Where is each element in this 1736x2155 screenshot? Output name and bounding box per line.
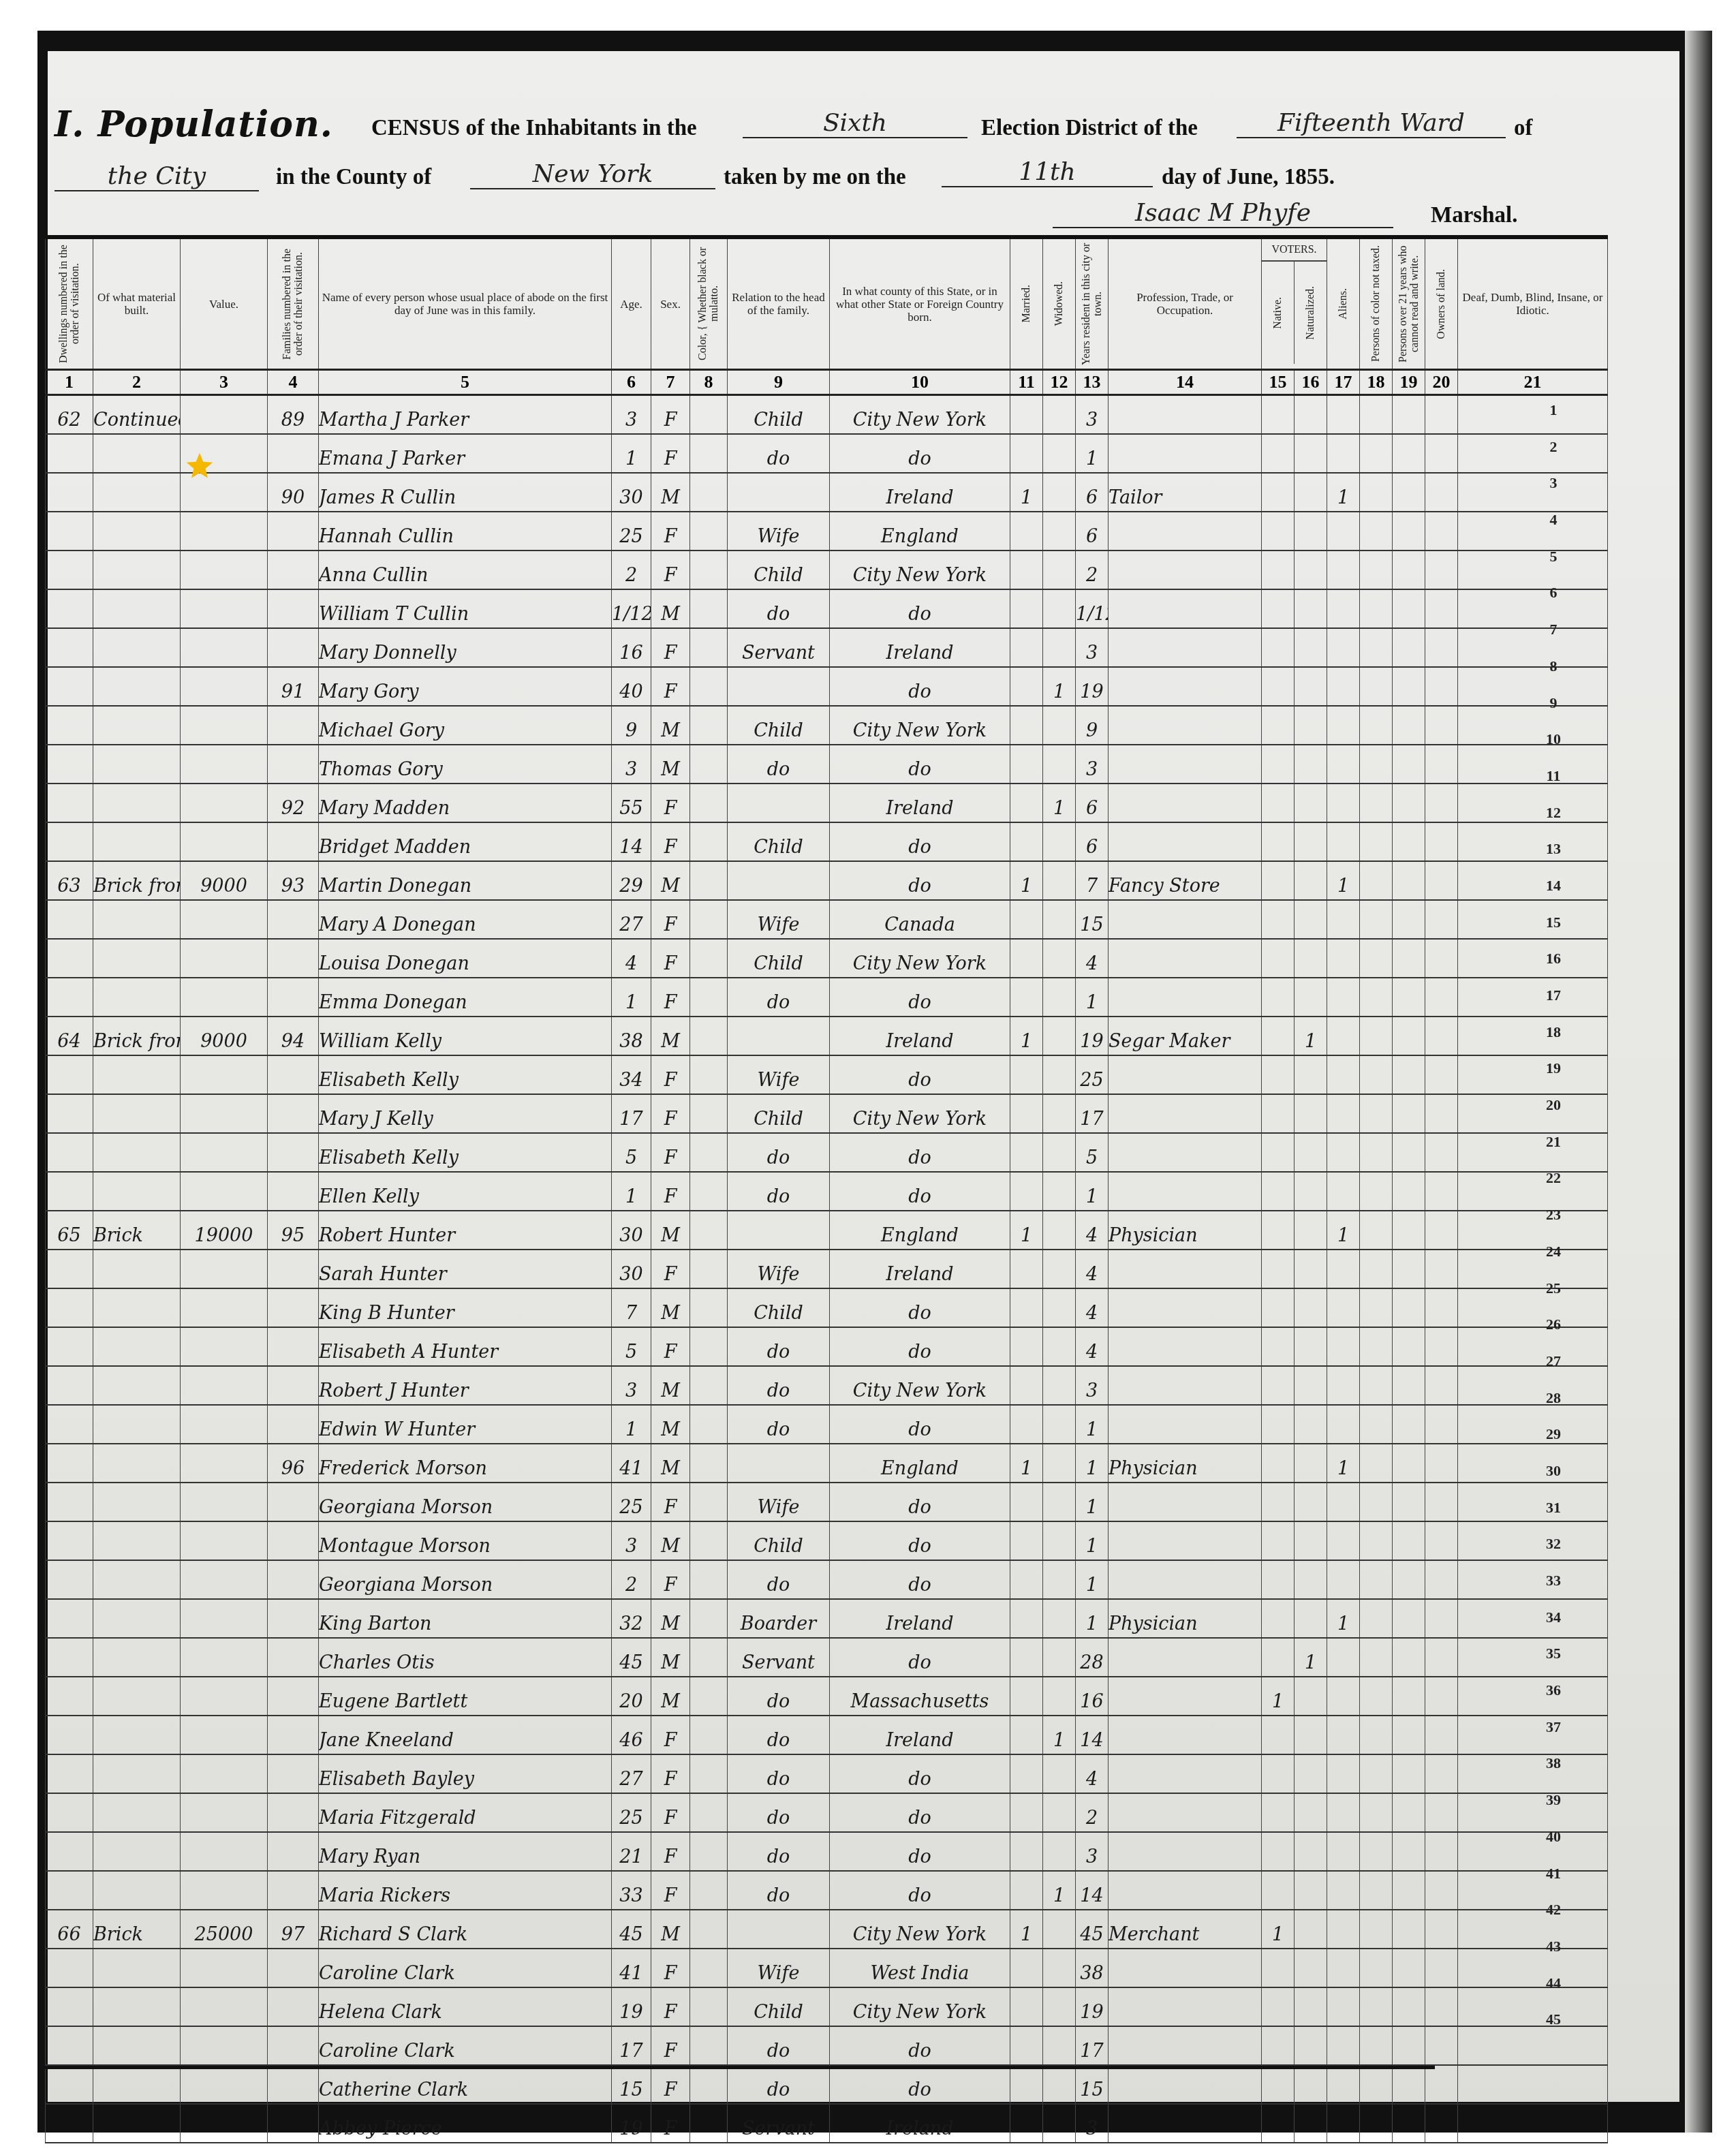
cell-birthplace: City New York bbox=[830, 1987, 1010, 2026]
cell-birthplace: England bbox=[830, 1211, 1010, 1250]
cell-value bbox=[181, 745, 268, 784]
cell-native bbox=[1262, 1754, 1295, 1793]
cell-name: Mary Madden bbox=[319, 784, 612, 822]
cell-value: 25000 bbox=[181, 1910, 268, 1949]
col-num: 1 bbox=[46, 370, 93, 395]
line-number: 31 bbox=[1533, 1489, 1574, 1526]
cell-name: Elisabeth A Hunter bbox=[319, 1327, 612, 1366]
cell-widowed bbox=[1043, 2026, 1076, 2065]
cell-family bbox=[268, 1599, 319, 1638]
table-row: 92Mary Madden55FIreland16 bbox=[46, 784, 1608, 822]
cell-married bbox=[1010, 1832, 1043, 1871]
cell-married bbox=[1010, 822, 1043, 861]
cell-family bbox=[268, 1832, 319, 1871]
cell-dwelling bbox=[46, 628, 93, 667]
cell-native bbox=[1262, 745, 1295, 784]
cell-name: Ellen Kelly bbox=[319, 1172, 612, 1211]
cell-illiterate bbox=[1393, 551, 1425, 589]
cell-land-owner bbox=[1425, 1211, 1458, 1250]
cell-widowed: 1 bbox=[1043, 1716, 1076, 1754]
cell-occupation bbox=[1109, 395, 1262, 435]
col-header-color: Color, { Whether black or mulatto. bbox=[690, 237, 728, 370]
line-number: 16 bbox=[1533, 940, 1574, 977]
cell-relation: Child bbox=[728, 1094, 830, 1133]
cell-birthplace: West India bbox=[830, 1949, 1010, 1987]
cell-aliens bbox=[1327, 1483, 1360, 1521]
cell-persons-of-color bbox=[1360, 861, 1393, 900]
cell-birthplace: do bbox=[830, 1754, 1010, 1793]
cell-age: 29 bbox=[612, 861, 651, 900]
cell-material: Brick front bbox=[93, 861, 181, 900]
cell-persons-of-color bbox=[1360, 512, 1393, 551]
cell-dwelling bbox=[46, 1871, 93, 1910]
cell-sex: F bbox=[651, 1832, 690, 1871]
cell-occupation bbox=[1109, 1832, 1262, 1871]
cell-land-owner bbox=[1425, 822, 1458, 861]
cell-persons-of-color bbox=[1360, 1793, 1393, 1832]
cell-value bbox=[181, 551, 268, 589]
cell-age: 20 bbox=[612, 1677, 651, 1716]
cell-dwelling bbox=[46, 745, 93, 784]
cell-land-owner bbox=[1425, 1987, 1458, 2026]
cell-native bbox=[1262, 939, 1295, 978]
cell-relation bbox=[728, 861, 830, 900]
cell-color bbox=[690, 1871, 728, 1910]
cell-years-resident: 1 bbox=[1076, 1599, 1109, 1638]
cell-occupation bbox=[1109, 2026, 1262, 2065]
cell-illiterate bbox=[1393, 784, 1425, 822]
cell-native bbox=[1262, 2065, 1295, 2104]
cell-material bbox=[93, 784, 181, 822]
cell-color bbox=[690, 2065, 728, 2104]
cell-color bbox=[690, 667, 728, 706]
cell-married bbox=[1010, 1754, 1043, 1793]
cell-age: 1 bbox=[612, 1405, 651, 1444]
cell-illiterate bbox=[1393, 1949, 1425, 1987]
cell-value bbox=[181, 1677, 268, 1716]
cell-persons-of-color bbox=[1360, 1172, 1393, 1211]
cell-native bbox=[1262, 1250, 1295, 1288]
cell-family bbox=[268, 939, 319, 978]
cell-occupation bbox=[1109, 1560, 1262, 1599]
cell-sex: F bbox=[651, 1133, 690, 1172]
cell-material bbox=[93, 1949, 181, 1987]
cell-material bbox=[93, 1521, 181, 1560]
cell-material bbox=[93, 1366, 181, 1405]
table-row: 63Brick front900093Martin Donegan29Mdo17… bbox=[46, 861, 1608, 900]
cell-sex: M bbox=[651, 1405, 690, 1444]
cell-native bbox=[1262, 1444, 1295, 1483]
col-num: 6 bbox=[612, 370, 651, 395]
line-number: 43 bbox=[1533, 1928, 1574, 1965]
cell-aliens bbox=[1327, 1638, 1360, 1677]
cell-occupation bbox=[1109, 1521, 1262, 1560]
line-number: 17 bbox=[1533, 977, 1574, 1014]
table-row: Caroline Clark17Fdodo17 bbox=[46, 2026, 1608, 2065]
cell-years-resident: 1 bbox=[1076, 1483, 1109, 1521]
cell-sex: F bbox=[651, 667, 690, 706]
cell-relation: Child bbox=[728, 395, 830, 435]
cell-occupation bbox=[1109, 628, 1262, 667]
cell-illiterate bbox=[1393, 1987, 1425, 2026]
cell-material bbox=[93, 2065, 181, 2104]
cell-occupation bbox=[1109, 551, 1262, 589]
cell-sex: F bbox=[651, 1250, 690, 1288]
cell-birthplace: City New York bbox=[830, 1910, 1010, 1949]
cell-color bbox=[690, 1793, 728, 1832]
cell-age: 1 bbox=[612, 434, 651, 473]
cell-name: Michael Gory bbox=[319, 706, 612, 745]
cell-naturalized bbox=[1295, 1405, 1327, 1444]
cell-years-resident: 17 bbox=[1076, 2026, 1109, 2065]
cell-aliens bbox=[1327, 1017, 1360, 1055]
line-number: 36 bbox=[1533, 1672, 1574, 1709]
cell-persons-of-color bbox=[1360, 473, 1393, 512]
cell-color bbox=[690, 784, 728, 822]
cell-occupation bbox=[1109, 1793, 1262, 1832]
cell-widowed bbox=[1043, 745, 1076, 784]
cell-material bbox=[93, 939, 181, 978]
cell-married bbox=[1010, 1949, 1043, 1987]
cell-dwelling bbox=[46, 1094, 93, 1133]
cell-relation: do bbox=[728, 1754, 830, 1793]
cell-aliens bbox=[1327, 2026, 1360, 2065]
census-table: Dwellings numbered in the order of visit… bbox=[45, 235, 1608, 2143]
cell-value bbox=[181, 1793, 268, 1832]
line-number: 3 bbox=[1533, 465, 1574, 501]
cell-years-resident: 2 bbox=[1076, 551, 1109, 589]
cell-illiterate bbox=[1393, 1094, 1425, 1133]
cell-name: Maria Rickers bbox=[319, 1871, 612, 1910]
cell-widowed bbox=[1043, 1521, 1076, 1560]
cell-widowed bbox=[1043, 434, 1076, 473]
cell-material bbox=[93, 822, 181, 861]
col-header-occupation: Profession, Trade, or Occupation. bbox=[1109, 237, 1262, 370]
cell-illiterate bbox=[1393, 1638, 1425, 1677]
cell-dwelling bbox=[46, 1172, 93, 1211]
cell-land-owner bbox=[1425, 395, 1458, 435]
cell-family bbox=[268, 1366, 319, 1405]
cell-married bbox=[1010, 1677, 1043, 1716]
cell-family bbox=[268, 1483, 319, 1521]
cell-dwelling bbox=[46, 551, 93, 589]
cell-dwelling bbox=[46, 978, 93, 1017]
cell-native bbox=[1262, 1366, 1295, 1405]
cell-dwelling bbox=[46, 1055, 93, 1094]
col-num: 12 bbox=[1043, 370, 1076, 395]
cell-family bbox=[268, 900, 319, 939]
cell-years-resident: 1 bbox=[1076, 1172, 1109, 1211]
cell-value bbox=[181, 2065, 268, 2104]
cell-naturalized: 1 bbox=[1295, 1638, 1327, 1677]
cell-illiterate bbox=[1393, 2065, 1425, 2104]
place-field: the City bbox=[55, 162, 259, 191]
cell-aliens bbox=[1327, 2065, 1360, 2104]
cell-dwelling bbox=[46, 1444, 93, 1483]
line-number: 41 bbox=[1533, 1855, 1574, 1892]
cell-illiterate bbox=[1393, 1599, 1425, 1638]
cell-sex: F bbox=[651, 551, 690, 589]
line-number: 5 bbox=[1533, 538, 1574, 575]
cell-material bbox=[93, 1832, 181, 1871]
cell-naturalized bbox=[1295, 1754, 1327, 1793]
cell-illiterate bbox=[1393, 1288, 1425, 1327]
line-number: 37 bbox=[1533, 1709, 1574, 1746]
cell-color bbox=[690, 706, 728, 745]
cell-name: William Kelly bbox=[319, 1017, 612, 1055]
cell-land-owner bbox=[1425, 1793, 1458, 1832]
cell-sex: F bbox=[651, 1055, 690, 1094]
cell-widowed bbox=[1043, 1638, 1076, 1677]
cell-persons-of-color bbox=[1360, 1832, 1393, 1871]
cell-dwelling bbox=[46, 706, 93, 745]
cell-value bbox=[181, 900, 268, 939]
cell-age: 9 bbox=[612, 706, 651, 745]
cell-color bbox=[690, 1599, 728, 1638]
cell-dwelling bbox=[46, 1521, 93, 1560]
cell-occupation: Fancy Store bbox=[1109, 861, 1262, 900]
table-row: Mary J Kelly17FChildCity New York17 bbox=[46, 1094, 1608, 1133]
line-number: 23 bbox=[1533, 1196, 1574, 1233]
cell-sex: F bbox=[651, 1949, 690, 1987]
table-row: Charles Otis45MServantdo281 bbox=[46, 1638, 1608, 1677]
cell-persons-of-color bbox=[1360, 395, 1393, 435]
cell-name: Richard S Clark bbox=[319, 1910, 612, 1949]
cell-persons-of-color bbox=[1360, 784, 1393, 822]
cell-family bbox=[268, 628, 319, 667]
cell-relation: do bbox=[728, 1366, 830, 1405]
cell-family bbox=[268, 1871, 319, 1910]
cell-color bbox=[690, 1754, 728, 1793]
col-header-disabilities: Deaf, Dumb, Blind, Insane, or Idiotic. bbox=[1458, 237, 1608, 370]
cell-land-owner bbox=[1425, 745, 1458, 784]
cell-native bbox=[1262, 628, 1295, 667]
cell-sex: F bbox=[651, 1172, 690, 1211]
cell-birthplace: do bbox=[830, 822, 1010, 861]
cell-occupation bbox=[1109, 1250, 1262, 1288]
cell-dwelling bbox=[46, 1987, 93, 2026]
table-row: 96Frederick Morson41MEngland11Physician1 bbox=[46, 1444, 1608, 1483]
cell-dwelling bbox=[46, 2026, 93, 2065]
cell-relation: do bbox=[728, 1871, 830, 1910]
cell-aliens bbox=[1327, 395, 1360, 435]
cell-illiterate bbox=[1393, 473, 1425, 512]
cell-age: 25 bbox=[612, 512, 651, 551]
page-title: I. Population. bbox=[55, 104, 333, 145]
cell-family: 92 bbox=[268, 784, 319, 822]
cell-illiterate bbox=[1393, 1444, 1425, 1483]
cell-widowed bbox=[1043, 1910, 1076, 1949]
cell-married bbox=[1010, 1599, 1043, 1638]
table-row: Emana J Parker1Fdodo1 bbox=[46, 434, 1608, 473]
cell-age: 5 bbox=[612, 1327, 651, 1366]
cell-value bbox=[181, 1716, 268, 1754]
cell-native bbox=[1262, 1483, 1295, 1521]
cell-color bbox=[690, 1172, 728, 1211]
cell-material bbox=[93, 1172, 181, 1211]
cell-dwelling bbox=[46, 784, 93, 822]
cell-aliens bbox=[1327, 1949, 1360, 1987]
cell-illiterate bbox=[1393, 1677, 1425, 1716]
cell-name: Caroline Clark bbox=[319, 1949, 612, 1987]
cell-persons-of-color bbox=[1360, 2104, 1393, 2143]
cell-relation bbox=[728, 1910, 830, 1949]
cell-native bbox=[1262, 512, 1295, 551]
table-row: Elisabeth Kelly5Fdodo5 bbox=[46, 1133, 1608, 1172]
col-num: 13 bbox=[1076, 370, 1109, 395]
cell-aliens bbox=[1327, 512, 1360, 551]
cell-value bbox=[181, 1638, 268, 1677]
cell-married: 1 bbox=[1010, 1017, 1043, 1055]
cell-widowed bbox=[1043, 1133, 1076, 1172]
cell-naturalized bbox=[1295, 628, 1327, 667]
col-num: 5 bbox=[319, 370, 612, 395]
cell-aliens: 1 bbox=[1327, 861, 1360, 900]
cell-sex: M bbox=[651, 706, 690, 745]
cell-widowed: 1 bbox=[1043, 784, 1076, 822]
cell-occupation: Physician bbox=[1109, 1599, 1262, 1638]
cell-illiterate bbox=[1393, 939, 1425, 978]
cell-land-owner bbox=[1425, 551, 1458, 589]
cell-persons-of-color bbox=[1360, 1949, 1393, 1987]
cell-persons-of-color bbox=[1360, 1017, 1393, 1055]
cell-years-resident: 1/12 bbox=[1076, 589, 1109, 628]
cell-land-owner bbox=[1425, 667, 1458, 706]
cell-material bbox=[93, 589, 181, 628]
line-number: 15 bbox=[1533, 904, 1574, 941]
table-row: Bridget Madden14FChilddo6 bbox=[46, 822, 1608, 861]
cell-material bbox=[93, 1793, 181, 1832]
cell-naturalized bbox=[1295, 589, 1327, 628]
cell-years-resident: 45 bbox=[1076, 1910, 1109, 1949]
cell-age: 3 bbox=[612, 1521, 651, 1560]
cell-sex: M bbox=[651, 1910, 690, 1949]
cell-aliens bbox=[1327, 1910, 1360, 1949]
cell-married bbox=[1010, 939, 1043, 978]
cell-family: 97 bbox=[268, 1910, 319, 1949]
cell-widowed bbox=[1043, 1327, 1076, 1366]
cell-married bbox=[1010, 900, 1043, 939]
table-row: Jane Kneeland46FdoIreland114 bbox=[46, 1716, 1608, 1754]
cell-name: Emana J Parker bbox=[319, 434, 612, 473]
table-row: King Barton32MBoarderIreland1Physician1 bbox=[46, 1599, 1608, 1638]
table-row: 91Mary Gory40Fdo119 bbox=[46, 667, 1608, 706]
cell-illiterate bbox=[1393, 1211, 1425, 1250]
cell-illiterate bbox=[1393, 628, 1425, 667]
cell-family bbox=[268, 1094, 319, 1133]
cell-aliens bbox=[1327, 1677, 1360, 1716]
cell-value bbox=[181, 1987, 268, 2026]
cell-married bbox=[1010, 1288, 1043, 1327]
cell-illiterate bbox=[1393, 1055, 1425, 1094]
cell-age: 55 bbox=[612, 784, 651, 822]
cell-naturalized bbox=[1295, 434, 1327, 473]
cell-family bbox=[268, 706, 319, 745]
cell-dwelling bbox=[46, 589, 93, 628]
cell-widowed bbox=[1043, 628, 1076, 667]
cell-persons-of-color bbox=[1360, 1250, 1393, 1288]
table-row: Caroline Clark41FWifeWest India38 bbox=[46, 1949, 1608, 1987]
cell-color bbox=[690, 1055, 728, 1094]
cell-value bbox=[181, 1172, 268, 1211]
cell-naturalized bbox=[1295, 1871, 1327, 1910]
cell-family bbox=[268, 1716, 319, 1754]
table-row: Thomas Gory3Mdodo3 bbox=[46, 745, 1608, 784]
cell-name: Eugene Bartlett bbox=[319, 1677, 612, 1716]
cell-land-owner bbox=[1425, 1871, 1458, 1910]
cell-native bbox=[1262, 706, 1295, 745]
cell-relation: Wife bbox=[728, 1250, 830, 1288]
cell-age: 34 bbox=[612, 1055, 651, 1094]
cell-widowed bbox=[1043, 1483, 1076, 1521]
cell-widowed bbox=[1043, 706, 1076, 745]
cell-birthplace: do bbox=[830, 1288, 1010, 1327]
cell-disabilities bbox=[1458, 2065, 1608, 2104]
cell-aliens bbox=[1327, 939, 1360, 978]
table-row: Montague Morson3MChilddo1 bbox=[46, 1521, 1608, 1560]
col-header-sex: Sex. bbox=[651, 237, 690, 370]
cell-years-resident: 6 bbox=[1076, 473, 1109, 512]
cell-dwelling bbox=[46, 2065, 93, 2104]
line-number: 2 bbox=[1533, 429, 1574, 465]
cell-relation: do bbox=[728, 1560, 830, 1599]
cell-material bbox=[93, 434, 181, 473]
cell-family bbox=[268, 1793, 319, 1832]
cell-value bbox=[181, 978, 268, 1017]
cell-years-resident: 4 bbox=[1076, 1754, 1109, 1793]
cell-age: 1 bbox=[612, 978, 651, 1017]
cell-naturalized bbox=[1295, 1560, 1327, 1599]
cell-dwelling bbox=[46, 1366, 93, 1405]
col-header-widowed: Widowed. bbox=[1043, 237, 1076, 370]
cell-family bbox=[268, 2026, 319, 2065]
col-header-relation: Relation to the head of the family. bbox=[728, 237, 830, 370]
cell-persons-of-color bbox=[1360, 1483, 1393, 1521]
cell-native bbox=[1262, 1017, 1295, 1055]
cell-sex: M bbox=[651, 1677, 690, 1716]
cell-naturalized: 1 bbox=[1295, 1017, 1327, 1055]
cell-illiterate bbox=[1393, 1017, 1425, 1055]
cell-color bbox=[690, 861, 728, 900]
cell-aliens bbox=[1327, 1405, 1360, 1444]
cell-illiterate bbox=[1393, 667, 1425, 706]
cell-sex: F bbox=[651, 822, 690, 861]
cell-material bbox=[93, 900, 181, 939]
cell-name: Thomas Gory bbox=[319, 745, 612, 784]
cell-native bbox=[1262, 1521, 1295, 1560]
cell-widowed bbox=[1043, 1017, 1076, 1055]
cell-occupation bbox=[1109, 822, 1262, 861]
cell-dwelling bbox=[46, 473, 93, 512]
cell-name: Mary Donnelly bbox=[319, 628, 612, 667]
cell-relation: do bbox=[728, 434, 830, 473]
cell-birthplace: do bbox=[830, 1521, 1010, 1560]
cell-value bbox=[181, 1055, 268, 1094]
cell-name: Martin Donegan bbox=[319, 861, 612, 900]
table-row: Hannah Cullin25FWifeEngland6 bbox=[46, 512, 1608, 551]
cell-color bbox=[690, 589, 728, 628]
cell-sex: F bbox=[651, 512, 690, 551]
cell-relation: do bbox=[728, 1405, 830, 1444]
cell-aliens bbox=[1327, 667, 1360, 706]
cell-material bbox=[93, 1405, 181, 1444]
cell-sex: M bbox=[651, 1211, 690, 1250]
cell-married bbox=[1010, 1405, 1043, 1444]
cell-years-resident: 1 bbox=[1076, 1444, 1109, 1483]
star-icon bbox=[185, 451, 215, 481]
cell-birthplace: City New York bbox=[830, 551, 1010, 589]
cell-relation: Boarder bbox=[728, 1599, 830, 1638]
